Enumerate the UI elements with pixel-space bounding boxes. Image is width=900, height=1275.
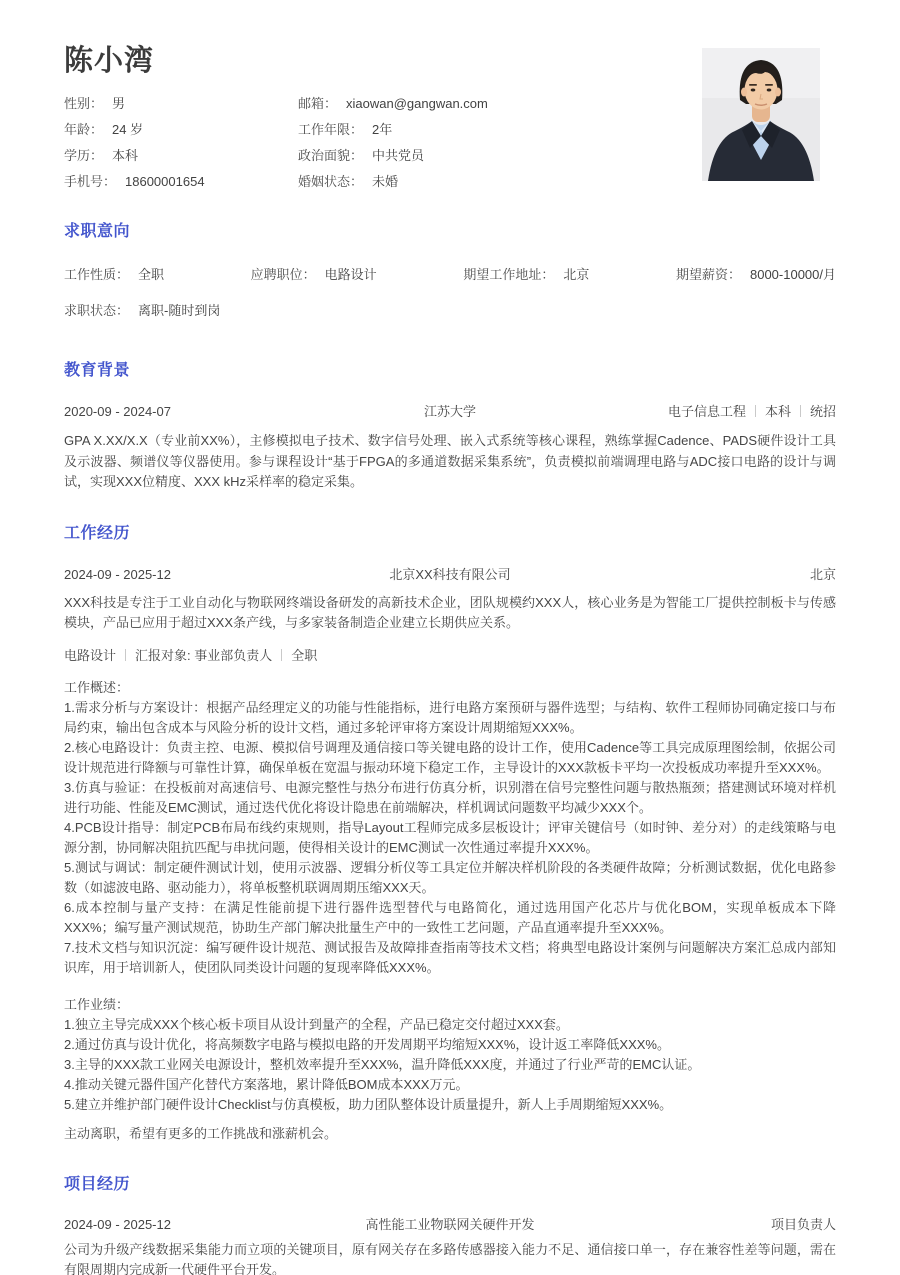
- work-achievement-item: 4.推动关键元器件国产化替代方案落地，累计降低BOM成本XXX万元。: [64, 1075, 836, 1095]
- divider: [800, 405, 801, 417]
- section-heading-work: 工作经历: [64, 523, 836, 545]
- project-date: 2024-09 - 2025-12: [64, 1216, 366, 1234]
- work-duty-item: 3.仿真与验证：在投板前对高速信号、电源完整性与热分布进行仿真分析，识别潜在信号…: [64, 778, 836, 818]
- work-location: 北京: [511, 566, 836, 584]
- work-achievement-item: 1.独立主导完成XXX个核心板卡项目从设计到量产的全程，产品已稳定交付超过XXX…: [64, 1015, 836, 1035]
- project-row: 2024-09 - 2025-12 高性能工业物联网关硬件开发 项目负责人: [64, 1216, 836, 1234]
- work-duty-item: 4.PCB设计指导：制定PCB布局布线约束规则，指导Layout工程师完成多层板…: [64, 818, 836, 858]
- work-position: 电路设计: [64, 648, 116, 663]
- profile-photo: [702, 48, 820, 181]
- work-achievement-item: 2.通过仿真与设计优化，将高频数字电路与模拟电路的开发周期平均缩短XXX%，设计…: [64, 1035, 836, 1055]
- resume-page: 陈小湾: [0, 0, 900, 1275]
- project-name: 高性能工业物联网关硬件开发: [366, 1216, 535, 1234]
- education-description: GPA X.XX/X.X（专业前XX%），主修模拟电子技术、数字信号处理、嵌入式…: [64, 431, 836, 493]
- work-achievement-item: 5.建立并维护部门硬件设计Checklist与仿真模板，助力团队整体设计质量提升…: [64, 1095, 836, 1115]
- education-enroll-type: 统招: [810, 404, 836, 419]
- work-overview-label: 工作概述：: [64, 678, 836, 698]
- intent-job-nature: 工作性质：全职: [64, 266, 164, 284]
- section-heading-project: 项目经历: [64, 1174, 836, 1196]
- work-duty-item: 2.核心电路设计：负责主控、电源、模拟信号调理及通信接口等关键电路的设计工作，使…: [64, 738, 836, 778]
- project-role: 项目负责人: [535, 1216, 837, 1234]
- work-duty-item: 6.成本控制与量产支持：在满足性能前提下进行器件选型替代与电路简化，通过选用国产…: [64, 898, 836, 938]
- work-achievement-label: 工作业绩：: [64, 995, 836, 1015]
- work-achievement-item: 3.主导的XXX款工业网关电源设计，整机效率提升至XXX%，温升降低XXX度，并…: [64, 1055, 836, 1075]
- work-leave-reason: 主动离职，希望有更多的工作挑战和涨薪机会。: [64, 1124, 836, 1145]
- work-company: 北京XX科技有限公司: [389, 566, 510, 584]
- education-major-degree: 电子信息工程本科统招: [476, 403, 836, 421]
- info-degree: 学历：本科: [64, 147, 298, 165]
- work-overview-block: 工作概述： 1.需求分析与方案设计：根据产品经理定义的功能与性能指标，进行电路方…: [64, 678, 836, 978]
- education-row: 2020-09 - 2024-07 江苏大学 电子信息工程本科统招: [64, 403, 836, 421]
- intent-target-position: 应聘职位：电路设计: [251, 266, 377, 284]
- intent-target-location: 期望工作地址：北京: [463, 266, 589, 284]
- info-age: 年龄：24 岁: [64, 121, 298, 139]
- work-company-intro: XXX科技是专注于工业自动化与物联网终端设备研发的高新技术企业，团队规模约XXX…: [64, 593, 836, 634]
- work-duty-item: 5.测试与调试：制定硬件测试计划，使用示波器、逻辑分析仪等工具定位并解决样机阶段…: [64, 858, 836, 898]
- divider: [755, 405, 756, 417]
- project-description: 公司为升级产线数据采集能力而立项的关键项目，原有网关存在多路传感器接入能力不足、…: [64, 1240, 836, 1275]
- work-date: 2024-09 - 2025-12: [64, 566, 389, 584]
- divider: [125, 649, 126, 661]
- work-achievement-block: 工作业绩： 1.独立主导完成XXX个核心板卡项目从设计到量产的全程，产品已稳定交…: [64, 995, 836, 1115]
- education-school: 江苏大学: [424, 403, 476, 421]
- job-intent-row: 工作性质：全职 应聘职位：电路设计 期望工作地址：北京 期望薪资：8000-10…: [64, 266, 836, 284]
- section-heading-education: 教育背景: [64, 360, 836, 382]
- section-heading-job-intent: 求职意向: [64, 221, 836, 243]
- divider: [281, 649, 282, 661]
- info-phone: 手机号：18600001654: [64, 173, 298, 191]
- info-gender: 性别：男: [64, 95, 298, 113]
- education-major: 电子信息工程: [668, 404, 746, 419]
- intent-seeking-status: 求职状态：离职-随时到岗: [64, 302, 220, 320]
- work-job-type: 全职: [291, 648, 317, 663]
- work-report-to: 汇报对象: 事业部负责人: [135, 648, 272, 663]
- work-row: 2024-09 - 2025-12 北京XX科技有限公司 北京: [64, 566, 836, 584]
- profile-photo-illustration: [702, 48, 820, 181]
- job-seeking-status-row: 求职状态：离职-随时到岗: [64, 302, 836, 320]
- work-duty-item: 1.需求分析与方案设计：根据产品经理定义的功能与性能指标，进行电路方案预研与器件…: [64, 698, 836, 738]
- education-date: 2020-09 - 2024-07: [64, 403, 424, 421]
- work-role-line: 电路设计汇报对象: 事业部负责人全职: [64, 647, 836, 665]
- work-duty-item: 7.技术文档与知识沉淀：编写硬件设计规范、测试报告及故障排查指南等技术文档；将典…: [64, 938, 836, 978]
- intent-expected-salary: 期望薪资：8000-10000/月: [676, 266, 836, 284]
- education-degree: 本科: [765, 404, 791, 419]
